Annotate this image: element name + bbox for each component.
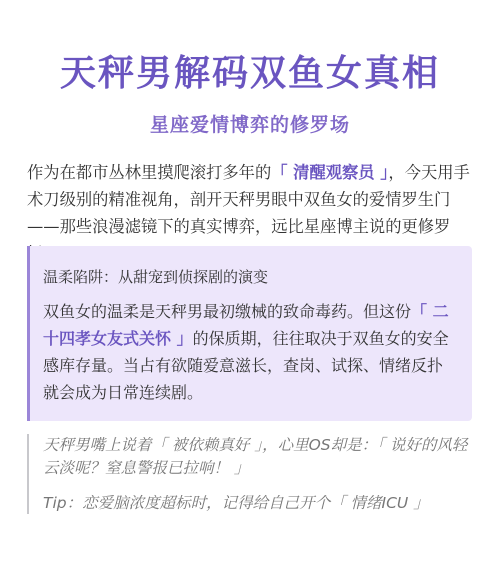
intro-text-before: 作为在都市丛林里摸爬滚打多年的 <box>27 163 271 182</box>
blockquote: 天秤男嘴上说着「 被依赖真好 」，心里OS却是：「 说好的风轻云淡呢？窒息警报已… <box>27 434 472 514</box>
quote-line: 天秤男嘴上说着「 被依赖真好 」，心里OS却是：「 说好的风轻云淡呢？窒息警报已… <box>43 434 472 480</box>
card-heading: 温柔陷阱：从甜宠到侦探剧的演变 <box>43 266 458 288</box>
highlight-card: 温柔陷阱：从甜宠到侦探剧的演变 双鱼女的温柔是天秤男最初缴械的致命毒药。但这份「… <box>27 246 472 421</box>
card-text-before: 双鱼女的温柔是天秤男最初缴械的致命毒药。但这份 <box>43 302 411 321</box>
quote-tip: Tip：恋爱脑浓度超标时，记得给自己开个「 情绪ICU 」 <box>43 492 472 515</box>
card-body: 双鱼女的温柔是天秤男最初缴械的致命毒药。但这份「 二十四孝女友式关怀 」的保质期… <box>43 298 458 406</box>
article-subtitle: 星座爱情博弈的修罗场 <box>0 112 500 138</box>
article-title: 天秤男解码双鱼女真相 <box>0 52 500 96</box>
intro-highlight: 「 清醒观察员 」 <box>271 163 388 182</box>
